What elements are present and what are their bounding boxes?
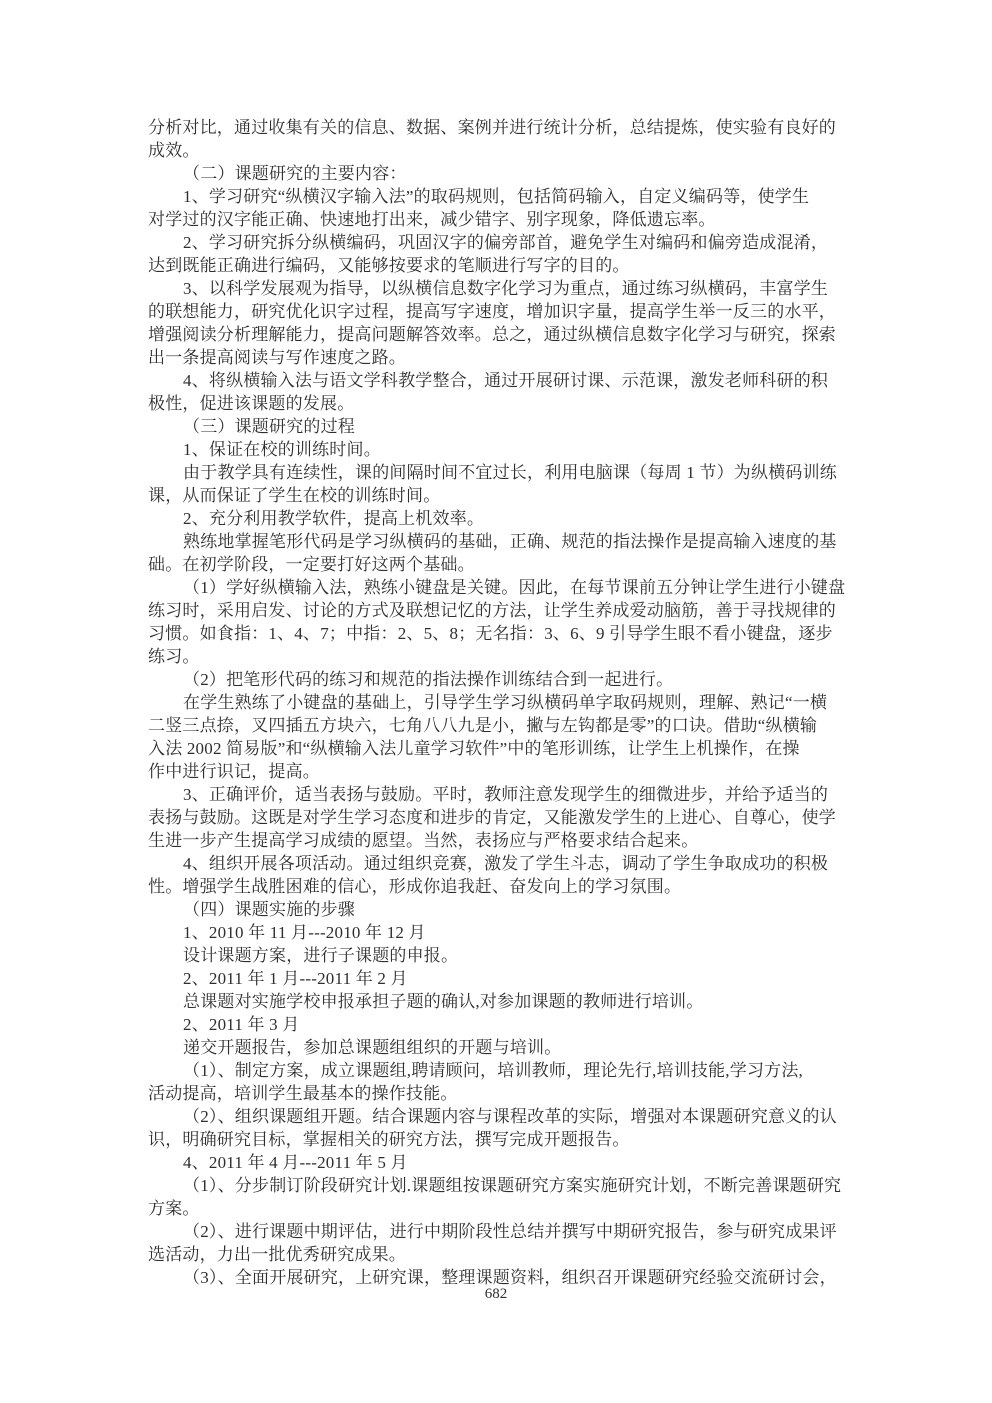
text-line: （2）、组织课题组开题。结合课题内容与课程改革的实际，增强对本课题研究意义的认 [148, 1105, 856, 1128]
page-number: 682 [0, 1284, 992, 1304]
text-line: 作中进行识记，提高。 [148, 760, 856, 783]
document-body: 分析对比，通过收集有关的信息、数据、案例并进行统计分析，总结提炼，使实验有良好的… [148, 116, 856, 1289]
text-line: 课，从而保证了学生在校的训练时间。 [148, 484, 856, 507]
text-line: 的联想能力，研究优化识字过程，提高写字速度，增加识字量，提高学生举一反三的水平， [148, 300, 856, 323]
section-heading: （四）课题实施的步骤 [148, 898, 856, 921]
text-line: 3、以科学发展观为指导，以纵横信息数字化学习为重点，通过练习纵横码，丰富学生 [148, 277, 856, 300]
text-line: 2、学习研究拆分纵横编码，巩固汉字的偏旁部首，避免学生对编码和偏旁造成混淆， [148, 231, 856, 254]
text-line: （1）学好纵横输入法，熟练小键盘是关键。因此，在每节课前五分钟让学生进行小键盘 [148, 576, 856, 599]
text-line: 表扬与鼓励。这既是对学生学习态度和进步的肯定，又能激发学生的上进心、自尊心，使学 [148, 806, 856, 829]
text-line: 4、组织开展各项活动。通过组织竞赛，激发了学生斗志，调动了学生争取成功的积极 [148, 852, 856, 875]
document-page: 分析对比，通过收集有关的信息、数据、案例并进行统计分析，总结提炼，使实验有良好的… [0, 0, 992, 1403]
text-line: 极性，促进该课题的发展。 [148, 392, 856, 415]
text-line: 1、学习研究“纵横汉字输入法”的取码规则，包括简码输入，自定义编码等，使学生 [148, 185, 856, 208]
section-heading: （二）课题研究的主要内容： [148, 162, 856, 185]
text-line: 活动提高，培训学生最基本的操作技能。 [148, 1082, 856, 1105]
text-line: 练习。 [148, 645, 856, 668]
text-line: 3、正确评价，适当表扬与鼓励。平时，教师注意发现学生的细微进步，并给予适当的 [148, 783, 856, 806]
text-line: 练习时，采用启发、讨论的方式及联想记忆的方法，让学生养成爱动脑筋，善于寻找规律的 [148, 599, 856, 622]
text-line: 出一条提高阅读与写作速度之路。 [148, 346, 856, 369]
text-line: 选活动，力出一批优秀研究成果。 [148, 1243, 856, 1266]
text-line: 2、2011 年 3 月 [148, 1013, 856, 1036]
text-line: （1）、制定方案，成立课题组,聘请顾问，培训教师，理论先行,培训技能,学习方法, [148, 1059, 856, 1082]
section-heading: （三）课题研究的过程 [148, 415, 856, 438]
text-line: 熟练地掌握笔形代码是学习纵横码的基础，正确、规范的指法操作是提高输入速度的基 [148, 530, 856, 553]
text-line: （2）把笔形代码的练习和规范的指法操作训练结合到一起进行。 [148, 668, 856, 691]
text-line: 设计课题方案，进行子课题的申报。 [148, 944, 856, 967]
text-line: 1、2010 年 11 月---2010 年 12 月 [148, 921, 856, 944]
text-line: 递交开题报告，参加总课题组组织的开题与培训。 [148, 1036, 856, 1059]
text-line: 成效。 [148, 139, 856, 162]
text-line: 二竖三点捺，叉四插五方块六，七角八八九是小，撇与左钩都是零”的口诀。借助“纵横输 [148, 714, 856, 737]
text-line: 增强阅读分析理解能力，提高问题解答效率。总之，通过纵横信息数字化学习与研究，探索 [148, 323, 856, 346]
text-line: 方案。 [148, 1197, 856, 1220]
text-line: 础。在初学阶段，一定要打好这两个基础。 [148, 553, 856, 576]
text-line: 2、2011 年 1 月---2011 年 2 月 [148, 967, 856, 990]
text-line: 识，明确研究目标，掌握相关的研究方法，撰写完成开题报告。 [148, 1128, 856, 1151]
text-line: 达到既能正确进行编码，又能够按要求的笔顺进行写字的目的。 [148, 254, 856, 277]
text-line: 习惯。如食指：1、4、7；中指：2、5、8；无名指：3、6、9 引导学生眼不看小… [148, 622, 856, 645]
text-line: 性。增强学生战胜困难的信心，形成你追我赶、奋发向上的学习氛围。 [148, 875, 856, 898]
text-line: 入法 2002 简易版”和“纵横输入法儿童学习软件”中的笔形训练，让学生上机操作… [148, 737, 856, 760]
text-line: （1）、分步制订阶段研究计划.课题组按课题研究方案实施研究计划，不断完善课题研究 [148, 1174, 856, 1197]
text-line: 由于教学具有连续性，课的间隔时间不宜过长，利用电脑课（每周 1 节）为纵横码训练 [148, 461, 856, 484]
text-line: 在学生熟练了小键盘的基础上，引导学生学习纵横码单字取码规则，理解、熟记“一横 [148, 691, 856, 714]
text-line: 分析对比，通过收集有关的信息、数据、案例并进行统计分析，总结提炼，使实验有良好的 [148, 116, 856, 139]
text-line: （2）、进行课题中期评估，进行中期阶段性总结并撰写中期研究报告，参与研究成果评 [148, 1220, 856, 1243]
text-line: 生进一步产生提高学习成绩的愿望。当然，表扬应与严格要求结合起来。 [148, 829, 856, 852]
text-line: 4、2011 年 4 月---2011 年 5 月 [148, 1151, 856, 1174]
text-line: 4、将纵横输入法与语文学科教学整合，通过开展研讨课、示范课，激发老师科研的积 [148, 369, 856, 392]
text-line: 1、保证在校的训练时间。 [148, 438, 856, 461]
text-line: 2、充分利用教学软件，提高上机效率。 [148, 507, 856, 530]
text-line: 总课题对实施学校申报承担子题的确认,对参加课题的教师进行培训。 [148, 990, 856, 1013]
text-line: 对学过的汉字能正确、快速地打出来，减少错字、别字现象，降低遗忘率。 [148, 208, 856, 231]
